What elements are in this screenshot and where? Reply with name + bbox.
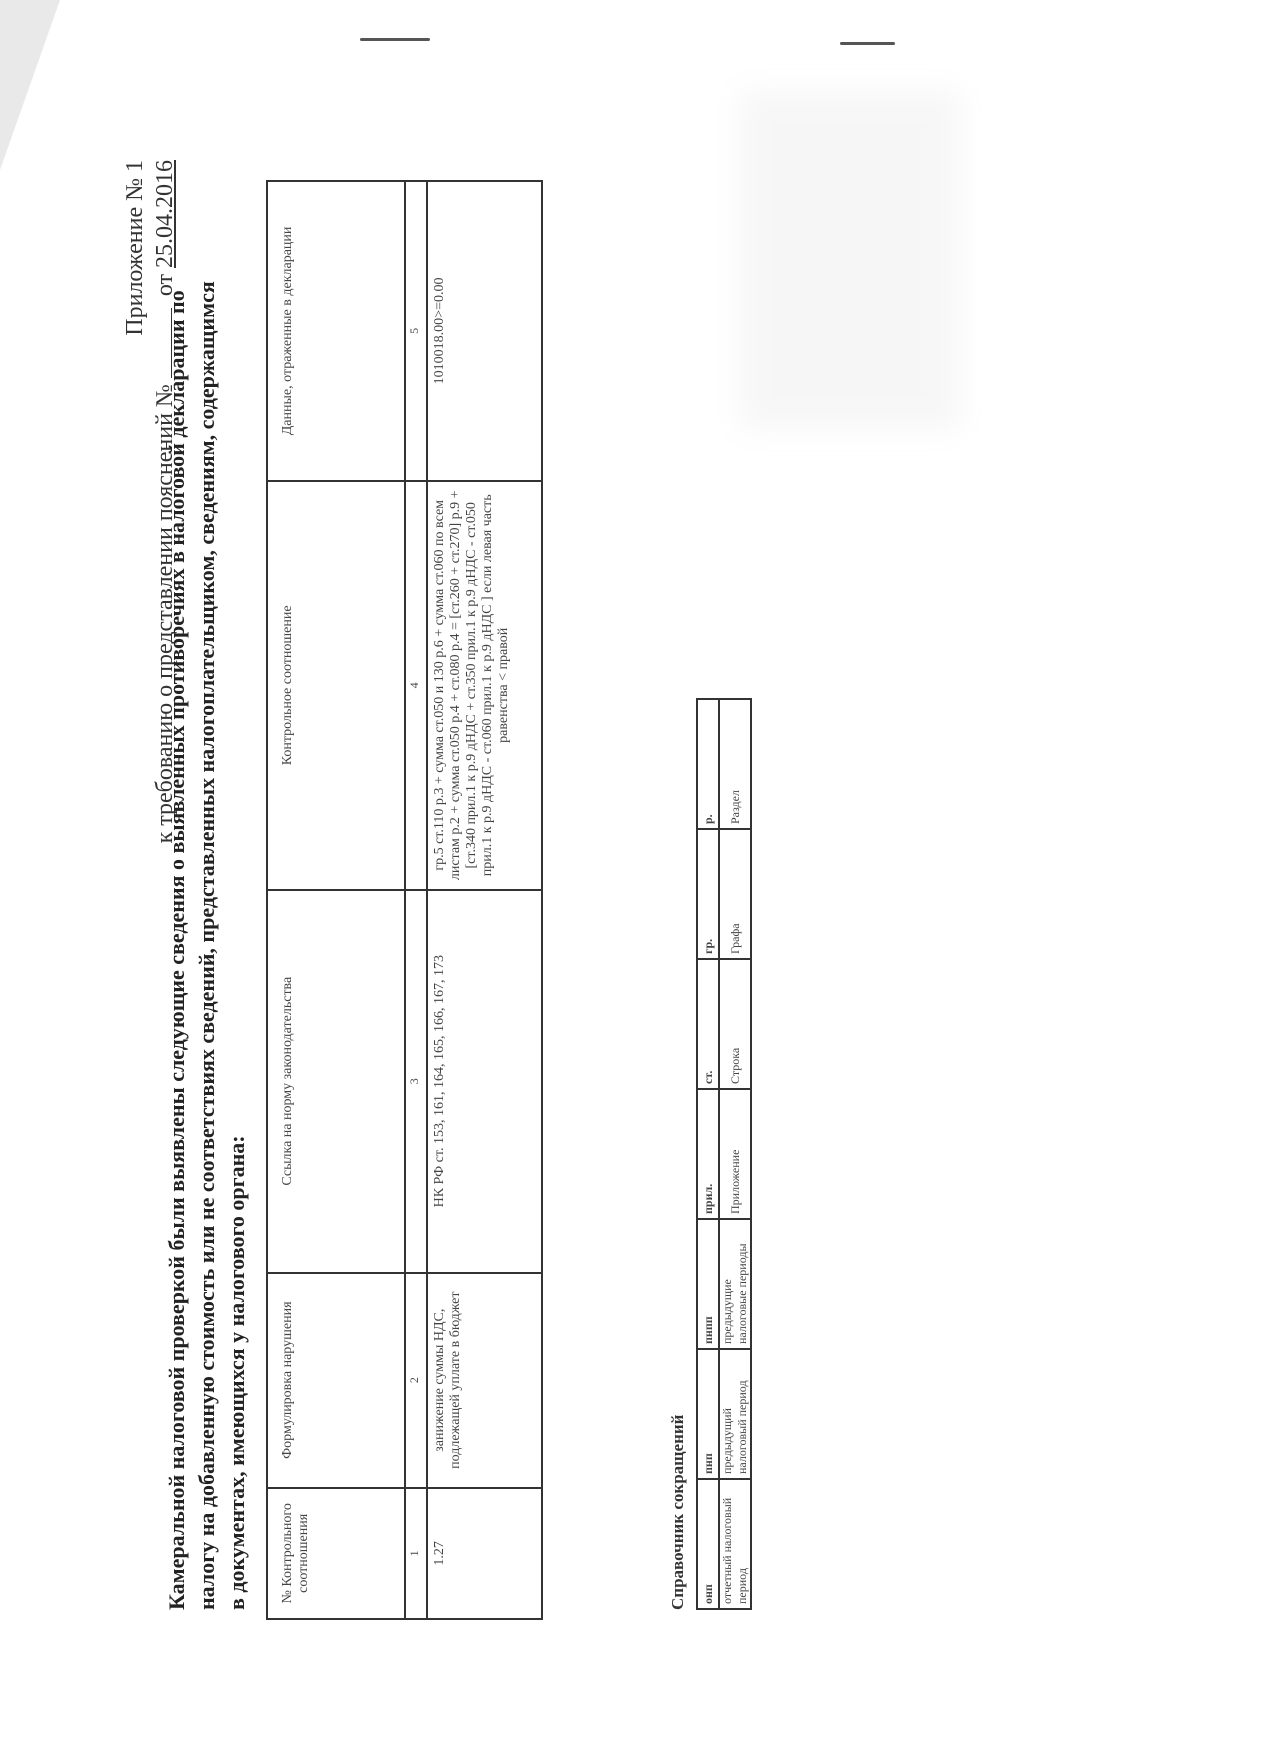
header-control-ratio: Контрольное соотношение	[267, 481, 405, 890]
header-violation: Формулировка нарушения	[267, 1273, 405, 1488]
table-row: 1.27 занижение суммы НДС, подлежащей упл…	[427, 181, 542, 1619]
abbr-meaning: Приложение	[719, 1089, 751, 1219]
abbreviation-codes-row: онп пнп пнпп прил. ст. гр. р.	[697, 699, 719, 1609]
document-heading: Камеральной налоговой проверкой были выя…	[162, 280, 252, 1610]
cell-id: 1.27	[427, 1488, 542, 1619]
column-number: 4	[405, 481, 427, 890]
abbr-code: гр.	[697, 829, 719, 959]
column-number: 5	[405, 181, 427, 481]
abbr-code: ст.	[697, 959, 719, 1089]
header-declared-data: Данные, отраженные в декларации	[267, 181, 405, 481]
abbr-meaning: предыдущие налоговые периоды	[719, 1219, 751, 1349]
appendix-label: Приложение № 1	[120, 160, 150, 843]
column-number: 2	[405, 1273, 427, 1488]
column-number-row: 1 2 3 4 5	[405, 181, 427, 1619]
abbr-code: пнпп	[697, 1219, 719, 1349]
scan-corner-fold	[0, 0, 60, 170]
abbr-meaning: Графа	[719, 829, 751, 959]
violations-table: № Контрольного соотношения Формулировка …	[266, 180, 543, 1620]
cell-control-ratio: гр.5 ст.110 р.3 + сумма ст.050 и 130 р.6…	[427, 481, 542, 890]
abbr-code: онп	[697, 1479, 719, 1609]
header-law-reference: Ссылка на норму законодательства	[267, 890, 405, 1273]
scan-artifact	[360, 38, 430, 41]
abbr-meaning: предыдущий налоговый период	[719, 1349, 751, 1479]
appendix-date: 25.04.2016	[152, 160, 178, 268]
abbreviations-table: онп пнп пнпп прил. ст. гр. р. отчетный н…	[696, 698, 752, 1610]
abbreviation-meanings-row: отчетный налоговый период предыдущий нал…	[719, 699, 751, 1609]
abbr-code: прил.	[697, 1089, 719, 1219]
cell-violation: занижение суммы НДС, подлежащей уплате в…	[427, 1273, 542, 1488]
rotated-document-page: Приложение № 1 к требованию о представле…	[120, 140, 700, 1640]
header-control-ratio-number: № Контрольного соотношения	[267, 1488, 405, 1619]
abbr-meaning: отчетный налоговый период	[719, 1479, 751, 1609]
bleed-through	[740, 90, 960, 430]
cell-declared-data: 1010018.00>=0.00	[427, 181, 542, 481]
abbr-code: пнп	[697, 1349, 719, 1479]
abbr-meaning: Раздел	[719, 699, 751, 829]
abbr-code: р.	[697, 699, 719, 829]
abbreviations-title: Справочник сокращений	[668, 1415, 688, 1610]
column-number: 3	[405, 890, 427, 1273]
abbr-meaning: Строка	[719, 959, 751, 1089]
column-number: 1	[405, 1488, 427, 1619]
table-header-row: № Контрольного соотношения Формулировка …	[267, 181, 405, 1619]
scan-artifact	[840, 42, 895, 45]
cell-law-reference: НК РФ ст. 153, 161, 164, 165, 166, 167, …	[427, 890, 542, 1273]
